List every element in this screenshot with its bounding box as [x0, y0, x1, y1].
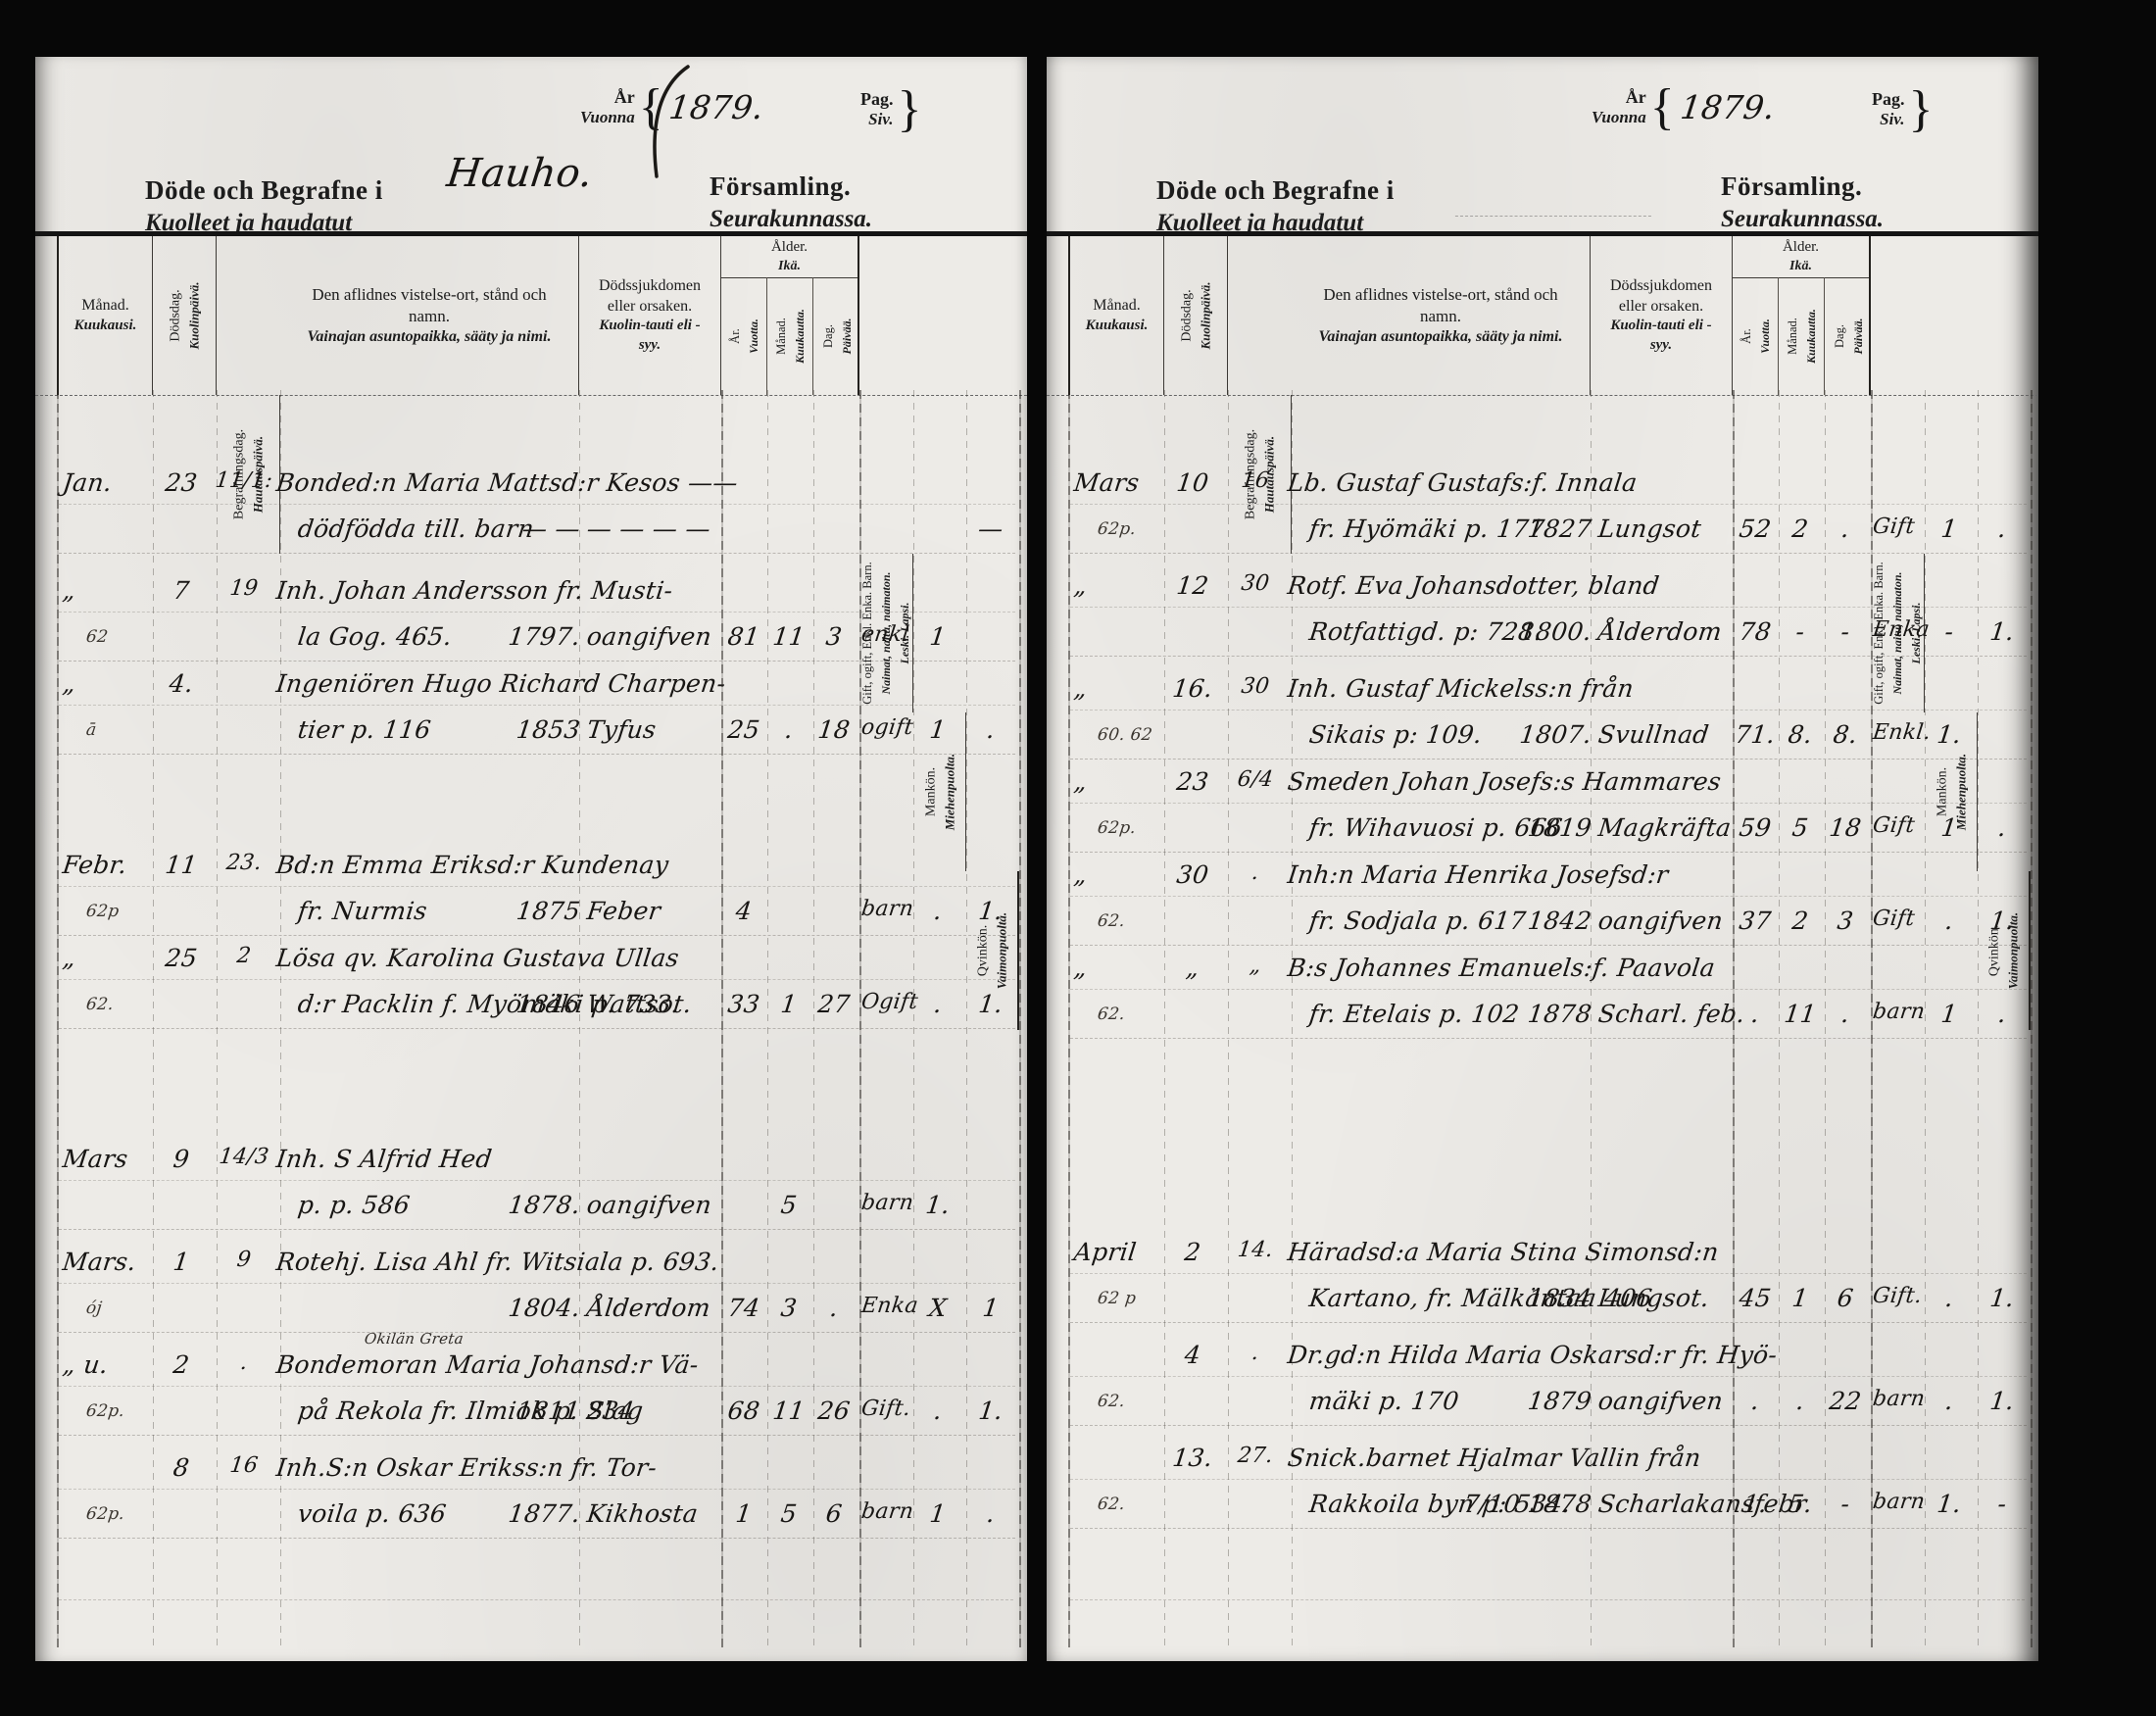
- record-civil-status: Gift: [1871, 907, 1916, 931]
- record-female-mark: .: [962, 715, 1019, 744]
- record-male-mark: 1: [1921, 813, 1978, 842]
- record-cause-of-death: Magkräfta: [1596, 813, 1733, 842]
- year-label-fi: Vuonna: [1592, 108, 1646, 127]
- record-death-day: 7: [149, 576, 214, 605]
- col-header-cause: Dödssjukdomen eller orsaken. Kuolin-taut…: [579, 236, 721, 395]
- col-cause-sv: Dödssjukdomen eller orsaken.: [1600, 276, 1722, 318]
- register-record: Jan. 23 11/1: Bonded:n Maria Mattsd:r Ke…: [35, 466, 1027, 560]
- record-female-mark: -: [1974, 1490, 2031, 1518]
- record-cause-of-death: Slag: [585, 1397, 645, 1425]
- col-header-month: Månad. Kuukausi.: [1068, 236, 1164, 395]
- register-record: 62p. 8 16 Inh.S:n Oskar Erikss:n fr. Tor…: [35, 1451, 1027, 1544]
- record-age-months: 2: [1776, 515, 1825, 543]
- register-record: Febr. 62p 11 23. Bd:n Emma Eriksd:r Kund…: [35, 849, 1027, 942]
- record-margin-note: 62p.: [1097, 519, 1138, 539]
- col-header-death-day: Dödsdag. Kuolinpäivä.: [1164, 236, 1228, 395]
- record-burial-day: 16: [1222, 468, 1288, 493]
- record-age-months: 1: [764, 990, 813, 1018]
- record-civil-status: Gift: [1871, 515, 1916, 539]
- record-age-months: 11: [764, 1397, 813, 1425]
- record-name-line1: Bonded:n Maria Mattsd:r Kesos ——: [274, 468, 739, 497]
- record-birth-year: 1834: [1454, 1284, 1593, 1312]
- record-list: Mars 62p. 10 16 Lb. Gustaf Gustafs:f. In…: [1047, 466, 2038, 1535]
- record-male-mark: 1.: [909, 1191, 966, 1219]
- record-name-line1: Lösa qv. Karolina Gustava Ullas: [274, 944, 680, 972]
- record-margin-note: 62.: [85, 995, 115, 1014]
- column-rule: [153, 390, 154, 1647]
- col-month-sv: Månad.: [1093, 296, 1140, 317]
- record-cause-of-death: oangifven: [585, 1191, 713, 1219]
- record-birth-year: 1875: [443, 897, 582, 925]
- parish-name-handwritten: Hauho.: [444, 151, 636, 200]
- record-civil-status: ogift: [859, 715, 914, 740]
- record-cause-of-death: Wattsot.: [585, 990, 693, 1018]
- record-death-day: 16.: [1160, 674, 1225, 703]
- record-death-day: 13.: [1160, 1444, 1225, 1472]
- record-name-line1: Inh.S:n Oskar Erikss:n fr. Tor-: [274, 1453, 659, 1482]
- record-age-years: 45: [1731, 1284, 1780, 1312]
- column-rule: [1068, 390, 1070, 1647]
- register-record: „ 12 30 Rotf. Eva Johansdotter, bland Ro…: [1047, 569, 2038, 662]
- record-male-mark: 1: [1921, 1000, 1978, 1028]
- record-female-mark: 1.: [962, 1397, 1019, 1425]
- record-age-months: 11: [1776, 1000, 1825, 1028]
- record-female-mark: 1.: [1974, 1387, 2031, 1415]
- col-header-death-day: Dödsdag. Kuolinpäivä.: [153, 236, 217, 395]
- record-age-days: .: [1821, 1000, 1870, 1028]
- register-title: Döde och Begrafne i Kuolleet ja haudatut: [1156, 174, 1395, 238]
- record-burial-day: „: [1222, 954, 1288, 978]
- pag-label: Pag. Siv.: [1872, 89, 1905, 128]
- col-header-age-days: Dag. Päivää.: [813, 277, 859, 395]
- record-death-day: 23: [1160, 767, 1225, 796]
- col-cause-sv: Dödssjukdomen eller orsaken.: [589, 276, 710, 318]
- record-male-mark: 1: [909, 715, 966, 744]
- record-cause-of-death: Ålderdom: [585, 1294, 712, 1322]
- record-age-years: 74: [719, 1294, 768, 1322]
- record-name-line1: Bondemoran Maria Johansd:r Vä-: [274, 1350, 700, 1379]
- record-female-mark: 1.: [962, 990, 1019, 1018]
- record-name-line1: Häradsd:a Maria Stina Simonsd:n: [1286, 1238, 1720, 1266]
- record-civil-status: Gift.: [1871, 1284, 1923, 1308]
- age-months-sv: Månad.: [774, 318, 788, 355]
- record-birth-year: 1878.: [443, 1191, 582, 1219]
- column-rule: [721, 390, 723, 1647]
- col-month-fi: Kuukausi.: [74, 317, 137, 336]
- record-age-years: 1: [719, 1499, 768, 1528]
- col-header-age-months: Månad. Kuukautta.: [767, 277, 813, 395]
- register-record: 62. 13. 27. Snick.barnet Hjalmar Vallin …: [1047, 1442, 2038, 1535]
- record-burial-day: 27.: [1222, 1444, 1288, 1468]
- col-header-month: Månad. Kuukausi.: [57, 236, 153, 395]
- col-month-sv: Månad.: [81, 296, 128, 317]
- column-rule: [1779, 390, 1780, 1647]
- record-burial-day: 23.: [211, 851, 276, 875]
- parish-label: Församling. Seurakunnassa.: [1721, 171, 1884, 234]
- record-cause-of-death: Svullnad: [1596, 720, 1710, 749]
- record-age-months: .: [764, 715, 813, 744]
- col-death-day-sv: Dödsdag.: [168, 289, 182, 341]
- record-civil-status: barn: [1871, 1387, 1926, 1411]
- record-age-days: -: [1821, 617, 1870, 646]
- record-margin-note: 62.: [1097, 1495, 1126, 1514]
- col-name-fi: Vainajan asuntopaikka, sääty ja nimi.: [1319, 327, 1563, 348]
- record-burial-day: .: [1222, 1341, 1288, 1365]
- register-record: „ u. 62p. 2 . Okilän Greta Bondemoran Ma…: [35, 1348, 1027, 1442]
- pag-label-sv: Pag.: [1872, 89, 1905, 110]
- record-birth-year: 1842: [1454, 907, 1593, 935]
- record-cause-of-death: oangifven: [1596, 1387, 1725, 1415]
- record-birth-year: 1853: [443, 715, 582, 744]
- bottom-ruling: [1070, 1599, 2025, 1600]
- col-month-fi: Kuukausi.: [1086, 317, 1149, 336]
- record-age-years: 37: [1731, 907, 1780, 935]
- record-name-line1: Rotehj. Lisa Ahl fr. Witsiala p. 693.: [274, 1248, 720, 1276]
- record-name-line2: mäki p. 170: [1307, 1387, 1460, 1415]
- col-header-name: Den aflidnes vistelse-ort, stånd och nam…: [280, 236, 579, 395]
- year-block: År Vuonna { 1879.: [1592, 78, 1775, 136]
- record-birth-year: 1797.: [443, 622, 582, 651]
- col-cause-fi: Kuolin-tauti eli -syy.: [1600, 317, 1722, 355]
- record-age-days: 27: [809, 990, 858, 1018]
- record-death-day: 4.: [149, 669, 214, 698]
- year-label-fi: Vuonna: [580, 108, 635, 127]
- record-birth-year: 1827: [1454, 515, 1593, 543]
- parish-label-sv: Församling.: [1721, 171, 1884, 204]
- pag-label-fi: Siv.: [860, 110, 894, 129]
- record-age-months: 5: [764, 1191, 813, 1219]
- record-female-mark: .: [1974, 515, 2031, 543]
- pag-label: Pag. Siv.: [860, 89, 894, 128]
- age-group-label: Ålder. Ikä.: [721, 236, 857, 278]
- parish-label-sv: Församling.: [710, 171, 872, 204]
- age-years-sv: År.: [1739, 328, 1753, 344]
- column-rule: [859, 390, 861, 1647]
- record-cause-of-death: Scharl. feb.: [1596, 1000, 1746, 1028]
- register-record: „ 62 7 19 Inh. Johan Andersson fr. Musti…: [35, 574, 1027, 667]
- printed-page-header: År Vuonna { 1879. Pag. Siv. } Döde och B…: [1047, 57, 2038, 231]
- record-age-days: 3: [1821, 907, 1870, 935]
- register-record: „ 62. 25 2 Lösa qv. Karolina Gustava Ull…: [35, 942, 1027, 1035]
- age-years-fi: Vuotta.: [747, 319, 760, 354]
- year-brace: {: [639, 78, 663, 136]
- record-male-mark: 1: [909, 622, 966, 651]
- col-name-sv: Den aflidnes vistelse-ort, stånd och nam…: [1305, 284, 1576, 327]
- record-birth-year: 1878: [1454, 1000, 1593, 1028]
- parish-name-handwritten: [1455, 167, 1657, 217]
- col-header-age-days: Dag. Päivää.: [1825, 277, 1871, 395]
- record-age-months: 11: [764, 622, 813, 651]
- record-birth-year: 1879: [1454, 1387, 1593, 1415]
- record-female-mark: .: [1974, 1000, 2031, 1028]
- record-burial-day: 19: [211, 576, 276, 601]
- record-cause-of-death: — — — —: [585, 515, 712, 543]
- record-name-line1: Inh:n Maria Henrika Josefsd:r: [1286, 860, 1670, 889]
- year-handwritten: 1879.: [666, 88, 765, 126]
- record-month: „: [1072, 674, 1089, 703]
- record-burial-day: .: [1222, 860, 1288, 885]
- record-age-days: 3: [809, 622, 858, 651]
- record-age-months: 2: [1776, 907, 1825, 935]
- record-birth-year: — —: [443, 515, 582, 543]
- record-cause-of-death: Tyfus: [585, 715, 658, 744]
- year-label: År Vuonna: [580, 87, 635, 126]
- record-name-line1: Lb. Gustaf Gustafs:f. Innala: [1286, 468, 1639, 497]
- record-name-line1: Bd:n Emma Eriksd:r Kundenay: [274, 851, 670, 879]
- record-age-days: 6: [1821, 1284, 1870, 1312]
- record-age-years: 71.: [1731, 720, 1780, 749]
- record-civil-status: Gift: [1871, 813, 1916, 838]
- record-burial-day: 6/4: [1222, 767, 1288, 792]
- record-margin-note: 62.: [1097, 1005, 1126, 1024]
- record-birth-year: 1800.: [1454, 617, 1593, 646]
- col-death-day-fi: Kuolinpäivä.: [187, 282, 202, 350]
- record-month: „: [61, 944, 77, 972]
- record-age-days: 22: [1821, 1387, 1870, 1415]
- age-days-fi: Päivää.: [1851, 319, 1865, 355]
- column-rule: [1019, 390, 1021, 1647]
- age-years-fi: Vuotta.: [1758, 319, 1772, 354]
- column-rule: [1871, 390, 1873, 1647]
- record-female-mark: —: [962, 515, 1019, 543]
- record-month: Febr.: [61, 851, 128, 879]
- printed-page-header: År Vuonna { 1879. Pag. Siv. } Döde och B…: [35, 57, 1027, 231]
- record-male-mark: .: [1921, 1284, 1978, 1312]
- record-age-months: 5.: [1776, 1490, 1825, 1518]
- column-rule: [1978, 390, 1979, 1647]
- column-rule: [767, 390, 768, 1647]
- page-number-block: Pag. Siv. }: [1872, 80, 1936, 138]
- pag-brace: }: [1909, 80, 1934, 138]
- record-burial-day: 9: [211, 1248, 276, 1272]
- column-rule: [913, 390, 914, 1647]
- record-cause-of-death: Feber: [585, 897, 662, 925]
- record-cause-of-death: Kikhosta: [585, 1499, 700, 1528]
- col-death-day-sv: Dödsdag.: [1179, 289, 1194, 341]
- record-margin-note: 62p.: [85, 1504, 126, 1524]
- record-civil-status: barn: [1871, 1490, 1926, 1514]
- age-months-fi: Kuukautta.: [793, 309, 807, 364]
- record-age-months: -: [1776, 617, 1825, 646]
- record-death-day: 1: [149, 1248, 214, 1276]
- record-birth-year: 1811: [443, 1397, 582, 1425]
- column-rule: [966, 390, 967, 1647]
- record-name-line1: Snick.barnet Hjalmar Vallin från: [1286, 1444, 1702, 1472]
- column-rule: [217, 390, 218, 1647]
- year-label: År Vuonna: [1592, 87, 1646, 126]
- record-month: „: [1072, 860, 1089, 889]
- record-margin-note: 62p.: [85, 1401, 126, 1421]
- record-age-months: 5: [764, 1499, 813, 1528]
- record-death-day: „: [1160, 954, 1225, 982]
- record-burial-day: 2: [211, 944, 276, 968]
- record-civil-status: barn: [859, 1191, 914, 1215]
- record-age-months: 5: [1776, 813, 1825, 842]
- record-margin-note: ój: [85, 1299, 104, 1318]
- age-days-fi: Päivää.: [840, 319, 854, 355]
- register-record: 62. 4 . Dr.gd:n Hilda Maria Oskarsd:r fr…: [1047, 1339, 2038, 1432]
- record-age-years: 33: [719, 990, 768, 1018]
- record-month: Mars: [1072, 468, 1141, 497]
- record-age-days: 6: [809, 1499, 858, 1528]
- left-page-scan: År Vuonna { 1879. Pag. Siv. } Döde och B…: [35, 57, 1027, 1661]
- record-month: April: [1072, 1238, 1138, 1266]
- record-birth-year: 1877.: [443, 1499, 582, 1528]
- column-rule: [1925, 390, 1926, 1647]
- col-header-age: Ålder. Ikä. År. Vuotta. Månad. Kuukautta…: [721, 236, 859, 395]
- record-death-day: 4: [1160, 1341, 1225, 1369]
- record-burial-day: 14/3: [211, 1145, 276, 1169]
- register-title: Döde och Begrafne i Kuolleet ja haudatut: [145, 174, 383, 238]
- record-age-months: .: [1776, 1387, 1825, 1415]
- record-name-superscript: Okilän Greta: [364, 1330, 465, 1348]
- record-name-line2: voila p. 636: [296, 1499, 448, 1528]
- parish-label-fi: Seurakunnassa.: [710, 204, 872, 234]
- record-list: Jan. 23 11/1: Bonded:n Maria Mattsd:r Ke…: [35, 466, 1027, 1544]
- col-death-day-fi: Kuolinpäivä.: [1199, 282, 1213, 350]
- age-label-fi: Ikä.: [721, 258, 857, 275]
- record-age-years: 52: [1731, 515, 1780, 543]
- record-death-day: 8: [149, 1453, 214, 1482]
- right-page-scan: År Vuonna { 1879. Pag. Siv. } Döde och B…: [1047, 57, 2038, 1661]
- record-female-mark: .: [962, 1499, 1019, 1528]
- record-age-days: .: [1821, 515, 1870, 543]
- col-name-fi: Vainajan asuntopaikka, sääty ja nimi.: [308, 327, 552, 348]
- record-death-day: 2: [1160, 1238, 1225, 1266]
- record-civil-status: Gift.: [859, 1397, 911, 1421]
- record-name-line1: Rotf. Eva Johansdotter, bland: [1286, 571, 1661, 600]
- record-male-mark: 1: [1921, 515, 1978, 543]
- col-header-age: Ålder. Ikä. År. Vuotta. Månad. Kuukautta…: [1733, 236, 1871, 395]
- record-name-line1: Dr.gd:n Hilda Maria Oskarsd:r fr. Hyö-: [1286, 1341, 1779, 1369]
- record-death-day: 9: [149, 1145, 214, 1173]
- page-number-block: Pag. Siv. }: [860, 80, 925, 138]
- record-cause-of-death: oangifven: [585, 622, 713, 651]
- record-margin-note: 62p: [85, 902, 121, 921]
- column-rule: [1292, 390, 1293, 1647]
- table-body: Jan. 23 11/1: Bonded:n Maria Mattsd:r Ke…: [35, 390, 1027, 1647]
- record-name-line2: fr. Nurmis: [296, 897, 428, 925]
- record-month: Jan.: [61, 468, 114, 497]
- age-days-sv: Dag.: [1832, 324, 1845, 348]
- record-male-mark: .: [909, 990, 966, 1018]
- record-male-mark: 1.: [1921, 720, 1978, 749]
- record-burial-day: 11/1:: [211, 468, 276, 493]
- record-male-mark: .: [1921, 1387, 1978, 1415]
- column-rule: [1825, 390, 1826, 1647]
- record-month: Mars.: [61, 1248, 137, 1276]
- bottom-ruling: [59, 1599, 1013, 1600]
- register-record: Mars 62p. 10 16 Lb. Gustaf Gustafs:f. In…: [1047, 466, 2038, 560]
- record-male-mark: .: [909, 897, 966, 925]
- column-rule: [57, 390, 59, 1647]
- record-female-mark: 1.: [962, 897, 1019, 925]
- record-margin-note: 62: [85, 627, 110, 647]
- table-header: Månad. Kuukausi. Dödsdag. Kuolinpäivä. B…: [35, 231, 1027, 396]
- scanned-register-spread: { "page_header": { "year_label_sv": "År"…: [0, 0, 2156, 1716]
- record-age-days: 18: [809, 715, 858, 744]
- col-header-cause: Dödssjukdomen eller orsaken. Kuolin-taut…: [1591, 236, 1733, 395]
- record-name-line2: la Gog. 465.: [296, 622, 454, 651]
- age-years-sv: År.: [728, 328, 742, 344]
- pag-label-sv: Pag.: [860, 89, 894, 110]
- record-age-months: 3: [764, 1294, 813, 1322]
- col-header-name: Den aflidnes vistelse-ort, stånd och nam…: [1292, 236, 1591, 395]
- record-name-line1: Inh. Johan Andersson fr. Musti-: [274, 576, 674, 605]
- year-brace: {: [1650, 78, 1675, 136]
- record-name-line1: Ingeniören Hugo Richard Charpen-: [274, 669, 727, 698]
- record-name-line2: tier p. 116: [296, 715, 432, 744]
- year-label-sv: År: [580, 87, 635, 108]
- age-group-label: Ålder. Ikä.: [1733, 236, 1869, 278]
- table-body: Mars 62p. 10 16 Lb. Gustaf Gustafs:f. In…: [1047, 390, 2038, 1647]
- record-name-line1: Smeden Johan Josefs:s Hammares: [1286, 767, 1723, 796]
- record-burial-day: 16: [211, 1453, 276, 1478]
- record-burial-day: .: [211, 1350, 276, 1375]
- record-name-line2: p. p. 586: [296, 1191, 412, 1219]
- column-rule: [280, 390, 281, 1647]
- record-cause-of-death: Ålderdom: [1596, 617, 1724, 646]
- record-month: „ u.: [61, 1350, 110, 1379]
- record-death-day: 25: [149, 944, 214, 972]
- record-age-years: 81: [719, 622, 768, 651]
- register-record: „ ā 4. Ingeniören Hugo Richard Charpen- …: [35, 667, 1027, 760]
- record-age-days: 8.: [1821, 720, 1870, 749]
- record-age-years: 25: [719, 715, 768, 744]
- record-civil-status: barn: [1871, 1000, 1926, 1024]
- age-months-fi: Kuukautta.: [1804, 309, 1818, 364]
- record-death-day: 10: [1160, 468, 1225, 497]
- year-block: År Vuonna { 1879.: [580, 78, 763, 136]
- record-age-days: .: [809, 1294, 858, 1322]
- column-rule: [1591, 390, 1592, 1647]
- record-birth-year: 7/10 1878: [1454, 1490, 1593, 1518]
- record-age-days: -: [1821, 1490, 1870, 1518]
- column-rule: [579, 390, 580, 1647]
- age-months-sv: Månad.: [1786, 318, 1799, 355]
- register-record: „ 62. „ „ B:s Johannes Emanuels:f. Paavo…: [1047, 952, 2038, 1045]
- title-swedish: Döde och Begrafne i: [145, 174, 383, 208]
- record-month: „: [61, 669, 77, 698]
- register-record: Mars. ój 1 9 Rotehj. Lisa Ahl fr. Witsia…: [35, 1246, 1027, 1339]
- record-female-mark: 1.: [1974, 1284, 2031, 1312]
- record-age-years: 1.: [1731, 1490, 1780, 1518]
- register-record: „ 60. 62 16. 30 Inh. Gustaf Mickelss:n f…: [1047, 672, 2038, 765]
- register-record: April 62 p 2 14. Häradsd:a Maria Stina S…: [1047, 1236, 2038, 1329]
- record-civil-status: enkl: [859, 622, 910, 647]
- record-death-day: 30: [1160, 860, 1225, 889]
- record-age-years: 4: [719, 897, 768, 925]
- record-cause-of-death: Lungsot: [1596, 515, 1702, 543]
- pag-brace: }: [898, 80, 922, 138]
- register-record: Mars 9 14/3 Inh. S Alfrid Hed p. p. 586 …: [35, 1143, 1027, 1236]
- column-rule: [1228, 390, 1229, 1647]
- col-name-sv: Den aflidnes vistelse-ort, stånd och nam…: [294, 284, 564, 327]
- record-birth-year: 1807.: [1454, 720, 1593, 749]
- record-male-mark: X: [909, 1294, 966, 1322]
- col-cause-fi: Kuolin-tauti eli -syy.: [589, 317, 710, 355]
- col-header-age-months: Månad. Kuukautta.: [1779, 277, 1825, 395]
- record-birth-year: 1819: [1454, 813, 1593, 842]
- record-male-mark: 1: [909, 1499, 966, 1528]
- record-age-years: .: [1731, 1387, 1780, 1415]
- age-days-sv: Dag.: [820, 324, 834, 348]
- register-record: „ 62. 30 . Inh:n Maria Henrika Josefsd:r…: [1047, 858, 2038, 952]
- record-margin-note: 62.: [1097, 1392, 1126, 1411]
- record-male-mark: 1.: [1921, 1490, 1978, 1518]
- record-month: „: [1072, 571, 1089, 600]
- column-rule: [813, 390, 814, 1647]
